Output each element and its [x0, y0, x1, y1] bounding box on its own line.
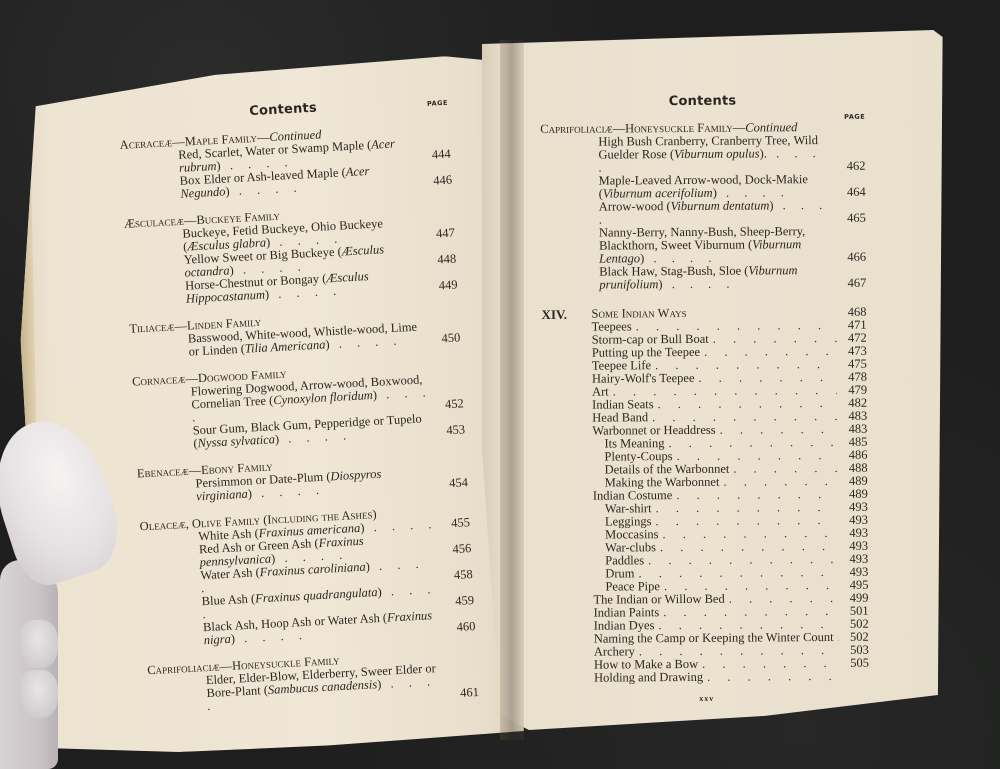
leader-dots: . . . . . . . . . . . . . . . .: [672, 488, 838, 502]
chapter-item-label: Indian Seats: [592, 398, 654, 411]
entry-common-name: Arrow-wood (: [599, 199, 671, 214]
chapter-item-label: Indian Dyes: [594, 619, 655, 632]
chapter-item-page: 488: [838, 462, 868, 475]
toc-entry: Arrow-wood (Viburnum dentatum) . . . .46…: [541, 199, 866, 227]
chapter-item: Holding and Drawing. . . . . . . . . . .…: [544, 670, 869, 685]
leader-dots: . . . . . . . . . . . . . . . .: [654, 397, 838, 411]
leader-dots: . . . .: [329, 333, 403, 351]
leader-dots: . . . . . . . . . . . . . . . .: [698, 657, 839, 671]
gloved-hand: [0, 420, 110, 769]
toc-entry: Nanny-Berry, Nanny-Bush, Sheep-Berry, Bl…: [541, 225, 866, 266]
entry-latin-name: Viburnum opulus: [674, 146, 760, 161]
chapter-item-page: 472: [837, 332, 867, 345]
chapter-item-page: 489: [838, 488, 868, 501]
leader-dots: . . . .: [229, 180, 303, 198]
chapter-item-label: Drum: [605, 567, 634, 580]
glove-fingers: [0, 560, 58, 769]
leader-dots: . . . . . . . . . . . . . . . .: [703, 670, 839, 684]
leader-dots: . . . . . . . . . . . . . . . .: [651, 501, 837, 515]
entry-page-number: 449: [427, 278, 458, 293]
left-page-contents: Contents PAGE Aceraceæ—Maple Family—Cont…: [118, 95, 479, 716]
right-section: Caprifoliaciæ—Honeysuckle Family—Continu…: [540, 121, 866, 292]
entry-text: Maple-Leaved Arrow-wood, Dock-Makie (Vib…: [599, 173, 836, 201]
chapter-item-page: 483: [837, 423, 867, 436]
chapter-item-label: Teepees: [592, 320, 632, 333]
entry-page-number: 461: [449, 686, 480, 701]
chapter-item-page: 502: [839, 618, 869, 631]
chapter-item-label: Holding and Drawing: [594, 671, 703, 685]
chapter-item-label: Art: [592, 386, 609, 399]
chapter-item-label: Putting up the Teepee: [592, 346, 700, 360]
chapter-item-label: Paddles: [605, 554, 644, 567]
chapter-item-label: Moccasins: [605, 528, 659, 541]
entry-page-number: 453: [435, 423, 466, 438]
leader-dots: . . . . . . . . . . . . . . . .: [656, 540, 838, 554]
entry-latin-name: Viburnum dentatum: [671, 198, 770, 213]
chapter-item-page: 503: [839, 644, 869, 657]
chapter-item-label: Archery: [594, 645, 635, 658]
leader-dots: . . . . . . . . . . . . . . . .: [664, 436, 837, 450]
chapter-item-label: Peace Pipe: [605, 580, 660, 593]
chapter-item-label: War-clubs: [605, 541, 656, 554]
folio: xxv: [544, 691, 869, 706]
entry-page-number: 467: [836, 277, 866, 290]
leader-dots: . . . . . . . . . . . . . . . .: [694, 371, 837, 385]
chapter-item-page: 493: [838, 566, 868, 579]
leader-dots: . . . . . . . . . . . . . . . .: [651, 514, 838, 528]
photo: Contents PAGE Aceraceæ—Maple Family—Cont…: [0, 0, 1000, 769]
chapter-item-page: 493: [838, 540, 868, 553]
page-column-label: PAGE: [844, 111, 865, 124]
toc-entry: High Bush Cranberry, Cranberry Tree, Wil…: [540, 134, 865, 175]
leader-dots: . . . . . . . . . . . . . . . .: [725, 592, 839, 606]
leader-dots: . . . . . . . . . . . . . . . .: [651, 358, 837, 372]
entry-page-number: 464: [836, 186, 866, 199]
chapter-item-label: War-shirt: [605, 502, 652, 515]
entry-text: High Bush Cranberry, Cranberry Tree, Wil…: [598, 134, 835, 175]
book-gutter: [500, 40, 524, 740]
leader-dots: . . . . . . . . . . . . . . . .: [700, 345, 837, 359]
leader-dots: . . . . . . . . . . . . . . . .: [716, 423, 838, 437]
leader-dots: . . . . . . . . . . . . . . . .: [648, 410, 837, 424]
chapter-item-page: 493: [838, 501, 868, 514]
chapter-item-page: 493: [838, 553, 868, 566]
chapter-item-page: 489: [838, 475, 868, 488]
chapter-item-page: 499: [838, 592, 868, 605]
chapter-item-page: 483: [837, 410, 867, 423]
chapter-items: Teepees. . . . . . . . . . . . . . . .47…: [542, 319, 870, 685]
leader-dots: . . . . . . . . . . . . . . . .: [660, 579, 839, 593]
chapter-item-page: 482: [837, 397, 867, 410]
entry-common-name: Water Ash (: [200, 565, 260, 582]
chapter-item-label: Details of the Warbonnet: [605, 463, 730, 477]
leader-dots: . . . . . . . . . . . . . . . .: [709, 332, 837, 346]
chapter-number: XIV.: [541, 308, 591, 321]
chapter-item-label: Hairy-Wolf's Teepee: [592, 372, 695, 386]
leader-dots: . . . . . . . . . . . . . . . .: [729, 462, 837, 476]
chapter-item-label: Making the Warbonnet: [605, 476, 720, 490]
chapter-item-page: 501: [839, 605, 869, 618]
chapter-item-page: 471: [837, 319, 867, 332]
leader-dots: . . . . . . . . . . . . . . . .: [644, 553, 838, 567]
entry-text: Arrow-wood (Viburnum dentatum) . . . .: [599, 199, 836, 227]
chapter-item-label: Plenty-Coups: [604, 450, 672, 463]
chapter-item-label: Indian Paints: [594, 606, 660, 619]
leader-dots: . . . .: [252, 483, 326, 501]
leader-dots: . . . . . . . . . . . . . . . .: [658, 527, 838, 541]
entry-close: ).: [760, 146, 767, 160]
page-column-label: PAGE: [427, 97, 449, 111]
chapter-item-page: 502: [839, 631, 869, 644]
chapter-item-label: Its Meaning: [604, 437, 664, 450]
entry-page-number: 462: [835, 160, 865, 173]
leader-dots: . . . .: [235, 628, 309, 646]
chapter-item-page: 485: [837, 436, 867, 449]
chapter-item-label: Teepee Life: [592, 359, 651, 372]
chapter-item-label: The Indian or Willow Bed: [593, 593, 724, 607]
leader-dots: . . . .: [662, 277, 735, 292]
chapter-item-page: 486: [837, 449, 867, 462]
entry-page-number: 454: [438, 476, 469, 491]
entry-text: Nanny-Berry, Nanny-Bush, Sheep-Berry, Bl…: [599, 225, 836, 266]
chapter-item-page: 493: [838, 527, 868, 540]
chapter-item-label: Warbonnet or Headdress: [592, 424, 715, 438]
entry-page-number: 446: [422, 174, 453, 189]
chapter-page: 468: [836, 306, 866, 319]
toc-entry: Black Haw, Stag-Bush, Sloe (Viburnum pru…: [541, 264, 866, 292]
leader-dots: . . . . . . . . . . . . . . . .: [654, 618, 838, 632]
right-page-contents: Contents PAGE Caprifoliaciæ—Honeysuckle …: [540, 94, 869, 706]
chapter-item-page: 493: [838, 514, 868, 527]
chapter-item-label: Indian Costume: [593, 489, 673, 503]
chapter-item-label: Storm-cap or Bull Boat: [592, 333, 709, 347]
leader-dots: . . . .: [279, 428, 353, 446]
entry-text: Black Haw, Stag-Bush, Sloe (Viburnum pru…: [599, 264, 836, 292]
chapter-item-label: How to Make a Bow: [594, 658, 698, 672]
leader-dots: . . . . . . . . . . . . . . . .: [659, 605, 838, 619]
entry-page-number: 465: [836, 212, 866, 225]
entry-page-number: 450: [430, 331, 461, 346]
entry-latin-name: Nyssa sylvatica: [197, 432, 275, 450]
leader-dots: . . . . . . . . . . . . . . . .: [719, 475, 837, 489]
chapter-item-page: 475: [837, 358, 867, 371]
chapter-item-page: 479: [837, 384, 867, 397]
chapter-item-page: 505: [839, 657, 869, 670]
chapter-item-page: 473: [837, 345, 867, 358]
entry-page-number: 460: [445, 620, 476, 635]
entry-common-name: Blue Ash (: [201, 591, 255, 608]
toc-entry: Maple-Leaved Arrow-wood, Dock-Makie (Vib…: [541, 173, 866, 201]
chapter-item-label: Leggings: [605, 515, 652, 528]
entry-page-number: 466: [836, 251, 866, 264]
entry-latin-name: Tilia Americana: [244, 337, 325, 355]
chapter-item-page: [839, 670, 869, 683]
chapter-item-page: 495: [838, 579, 868, 592]
left-sections: Aceraceæ—Maple Family—ContinuedRed, Scar…: [119, 122, 479, 716]
leader-dots: . . . .: [269, 284, 343, 302]
chapter-item-label: Head Band: [592, 411, 648, 424]
chapter-item-page: 478: [837, 371, 867, 384]
leader-dots: . . . . . . . . . . . . . . . .: [673, 449, 838, 463]
